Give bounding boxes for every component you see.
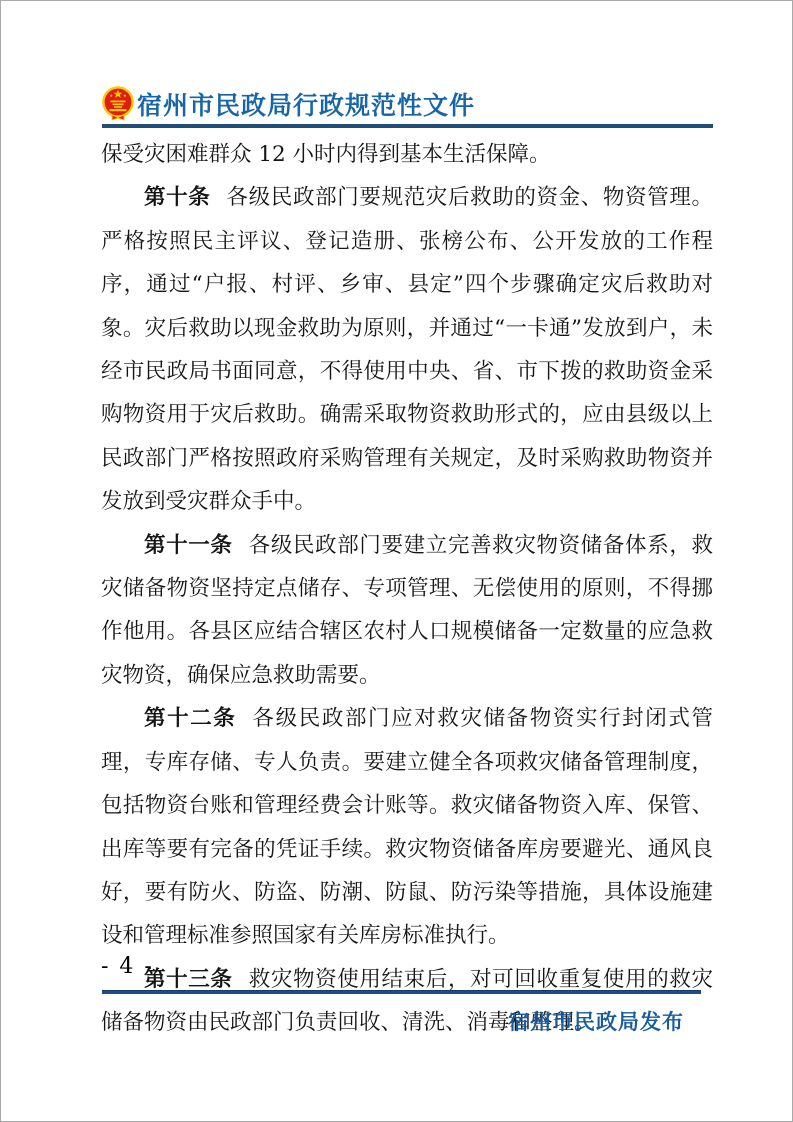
page-title: 宿州市民政局行政规范性文件 — [137, 86, 475, 122]
publisher-label: 宿州市民政局发布 — [101, 1006, 684, 1036]
document-page: 宿州市民政局行政规范性文件 保受灾困难群众 12 小时内得到基本生活保障。 第十… — [0, 0, 793, 1122]
paragraph-article-12: 第十二条各级民政部门应对救灾储备物资实行封闭式管理，专库存储、专人负责。要建立健… — [101, 697, 713, 957]
article-text: 各级民政部门要规范灾后救助的资金、物资管理。严格按照民主评议、登记造册、张榜公布… — [101, 185, 713, 514]
article-label: 第十三条 — [144, 967, 233, 992]
article-label: 第十条 — [144, 185, 210, 210]
page-number: - 4 - — [101, 953, 154, 981]
article-text: 各级民政部门应对救灾储备物资实行封闭式管理，专库存储、专人负责。要建立健全各项救… — [101, 706, 713, 948]
paragraph-article-11: 第十一条各级民政部门要建立完善救灾物资储备体系，救灾储备物资坚持定点储存、专项管… — [101, 524, 713, 698]
article-text: 保受灾困难群众 12 小时内得到基本生活保障。 — [101, 142, 551, 167]
document-header: 宿州市民政局行政规范性文件 — [102, 85, 714, 123]
paragraph-continuation: 保受灾困难群众 12 小时内得到基本生活保障。 — [101, 133, 713, 176]
paragraph-article-10: 第十条各级民政部门要规范灾后救助的资金、物资管理。严格按照民主评议、登记造册、张… — [101, 176, 713, 523]
national-emblem-icon — [102, 86, 134, 122]
document-body: 保受灾困难群众 12 小时内得到基本生活保障。 第十条各级民政部门要规范灾后救助… — [101, 133, 713, 1045]
article-label: 第十二条 — [144, 706, 236, 731]
article-label: 第十一条 — [144, 533, 233, 558]
header-rule — [102, 124, 713, 128]
footer-rule — [102, 990, 701, 994]
